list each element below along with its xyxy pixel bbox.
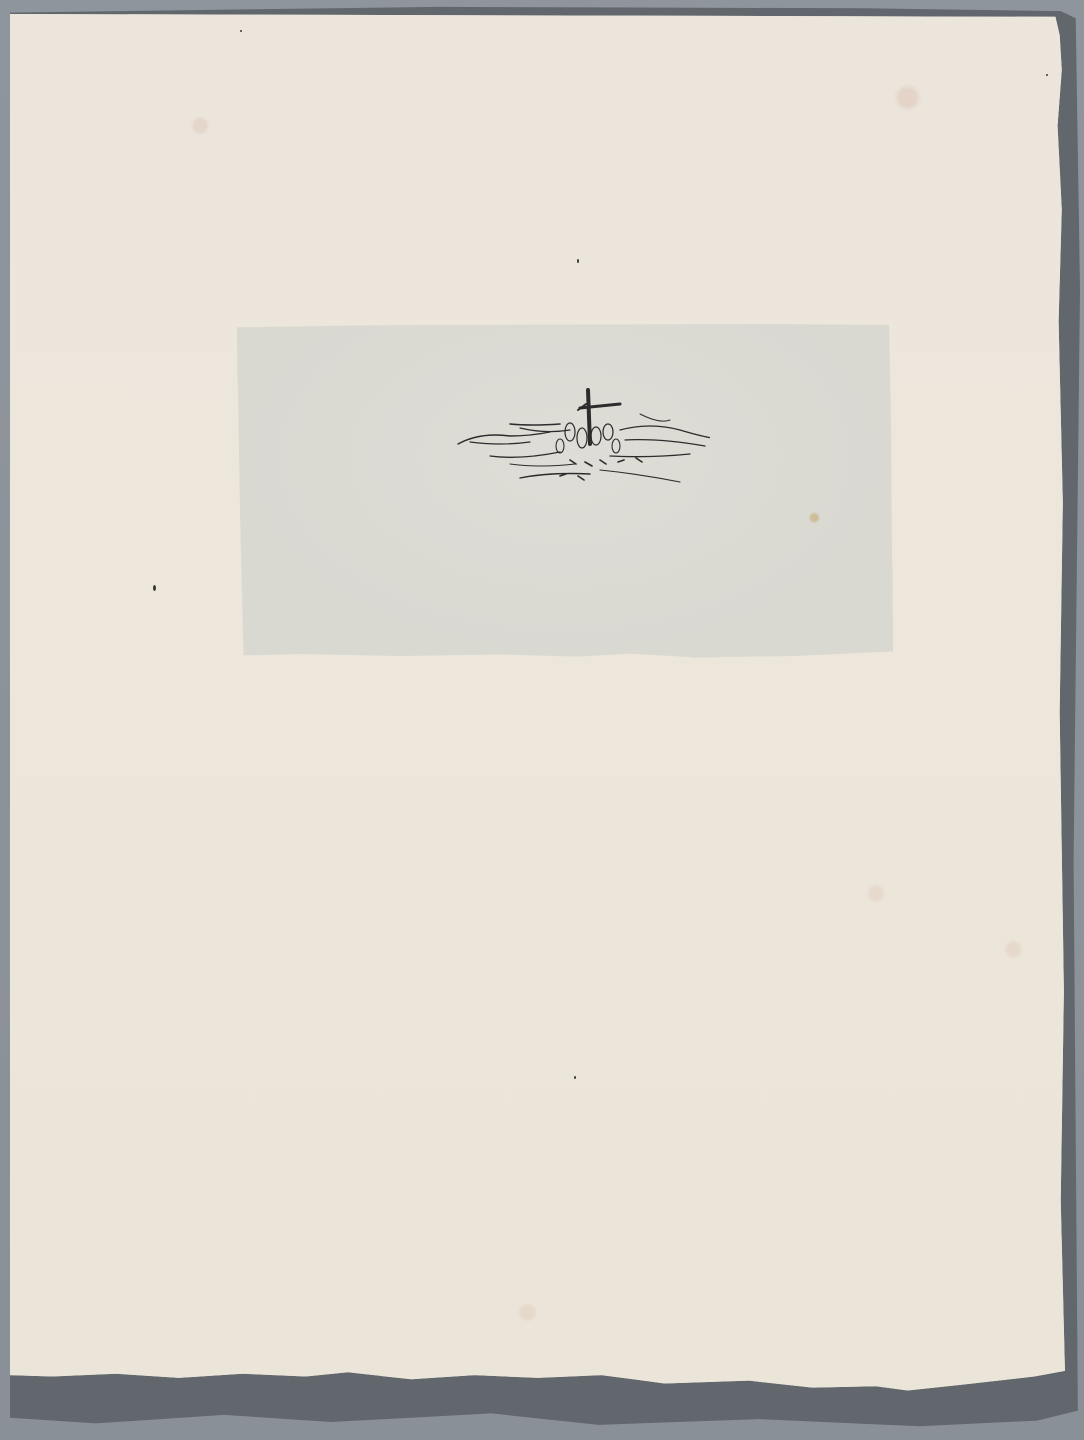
ink-fleck — [577, 259, 579, 263]
ink-sketch-foliage — [450, 384, 710, 494]
ink-fleck — [240, 30, 242, 32]
ink-fleck — [153, 585, 156, 591]
paper-sheet — [10, 14, 1066, 1410]
ink-fleck — [574, 1076, 576, 1079]
ink-fleck — [1046, 74, 1048, 76]
